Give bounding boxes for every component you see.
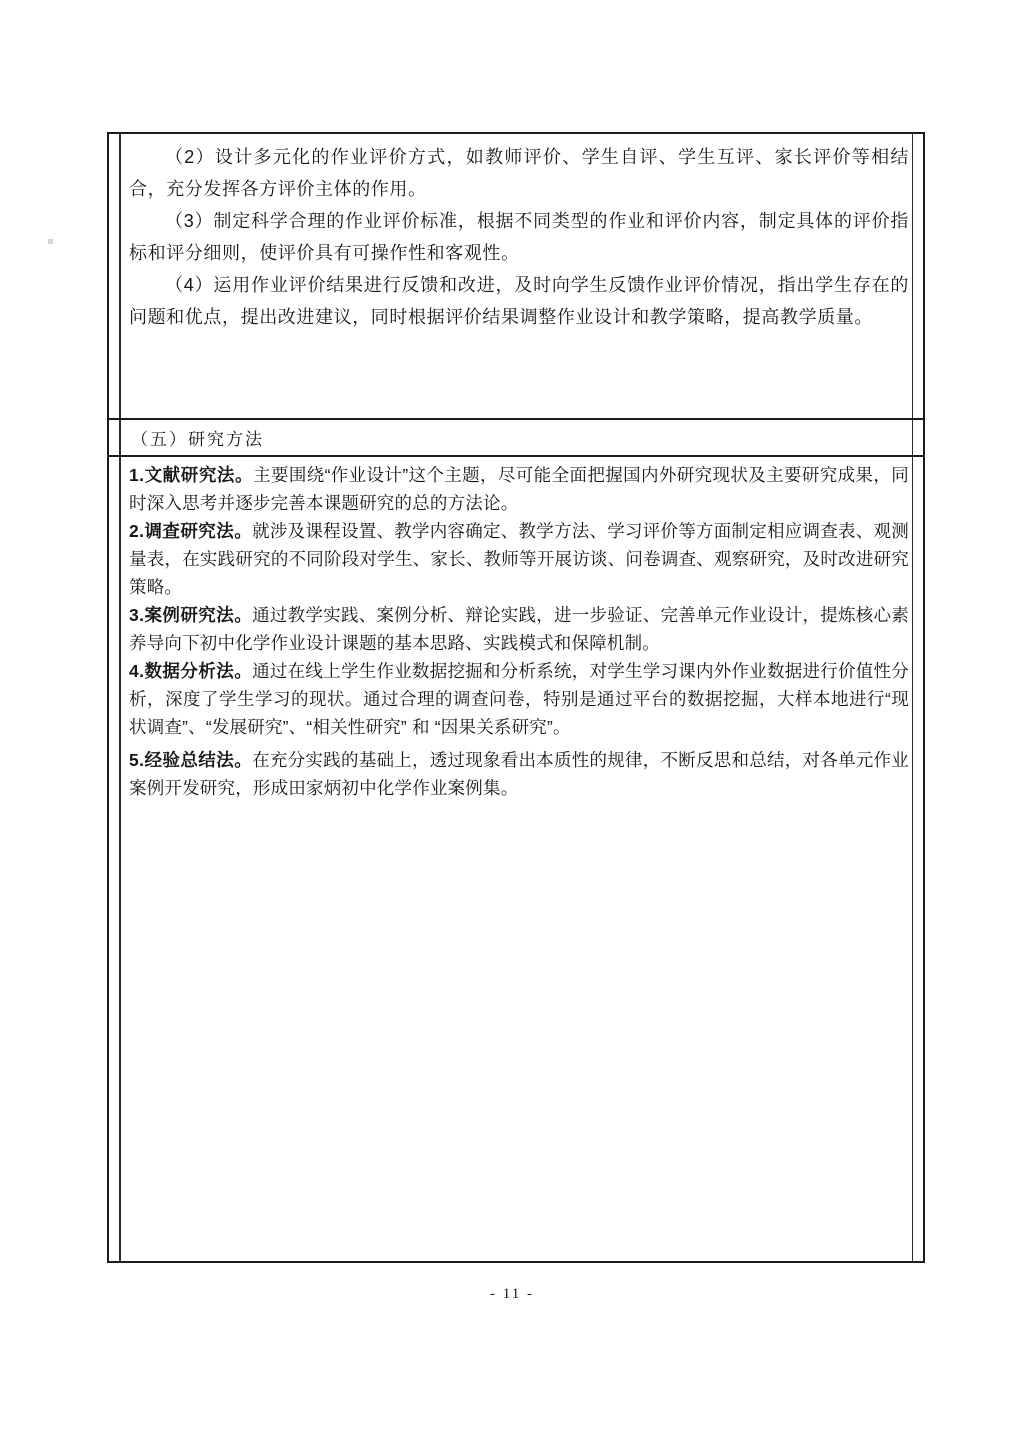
method-name: 1.文献研究法。 bbox=[129, 465, 253, 485]
method-item-experience-summary: 5.经验总结法。在充分实践的基础上，透过现象看出本质性的规律，不断反思和总结，对… bbox=[129, 746, 909, 802]
row-separator-bottom bbox=[109, 455, 923, 457]
research-methods-cell: 1.文献研究法。主要围绕“作业设计”这个主题，尽可能全面把握国内外研究现状及主要… bbox=[129, 461, 909, 1257]
scanned-document-page: （2）设计多元化的作业评价方式，如教师评价、学生自评、学生互评、家长评价等相结合… bbox=[0, 0, 1024, 1429]
scan-artifact bbox=[48, 239, 53, 244]
section-header-research-methods: （五）研究方法 bbox=[109, 420, 923, 455]
paragraph-2: （2）设计多元化的作业评价方式，如教师评价、学生自评、学生互评、家长评价等相结合… bbox=[129, 141, 909, 205]
proposal-form-table: （2）设计多元化的作业评价方式，如教师评价、学生自评、学生互评、家长评价等相结合… bbox=[107, 132, 925, 1263]
section-header-label: （五）研究方法 bbox=[131, 425, 264, 450]
method-item-literature: 1.文献研究法。主要围绕“作业设计”这个主题，尽可能全面把握国内外研究现状及主要… bbox=[129, 461, 909, 517]
method-item-survey: 2.调查研究法。就涉及课程设置、教学内容确定、教学方法、学习评价等方面制定相应调… bbox=[129, 517, 909, 601]
paragraph-4: （4）运用作业评价结果进行反馈和改进，及时向学生反馈作业评价情况，指出学生存在的… bbox=[129, 269, 909, 333]
page-number: - 11 - bbox=[0, 1286, 1024, 1303]
table-inner-border-left bbox=[119, 134, 121, 1261]
evaluation-paragraphs-cell: （2）设计多元化的作业评价方式，如教师评价、学生自评、学生互评、家长评价等相结合… bbox=[129, 141, 909, 416]
paragraph-3: （3）制定科学合理的作业评价标准，根据不同类型的作业和评价内容，制定具体的评价指… bbox=[129, 205, 909, 269]
method-name: 5.经验总结法。 bbox=[129, 750, 252, 770]
method-name: 3.案例研究法。 bbox=[129, 605, 252, 625]
method-item-data-analysis: 4.数据分析法。通过在线上学生作业数据挖掘和分析系统，对学生学习课内外作业数据进… bbox=[129, 657, 909, 741]
method-name: 2.调查研究法。 bbox=[129, 521, 252, 541]
method-name: 4.数据分析法。 bbox=[129, 661, 252, 681]
table-inner-border-right bbox=[912, 134, 914, 1261]
method-item-case-study: 3.案例研究法。通过教学实践、案例分析、辩论实践，进一步验证、完善单元作业设计，… bbox=[129, 601, 909, 657]
